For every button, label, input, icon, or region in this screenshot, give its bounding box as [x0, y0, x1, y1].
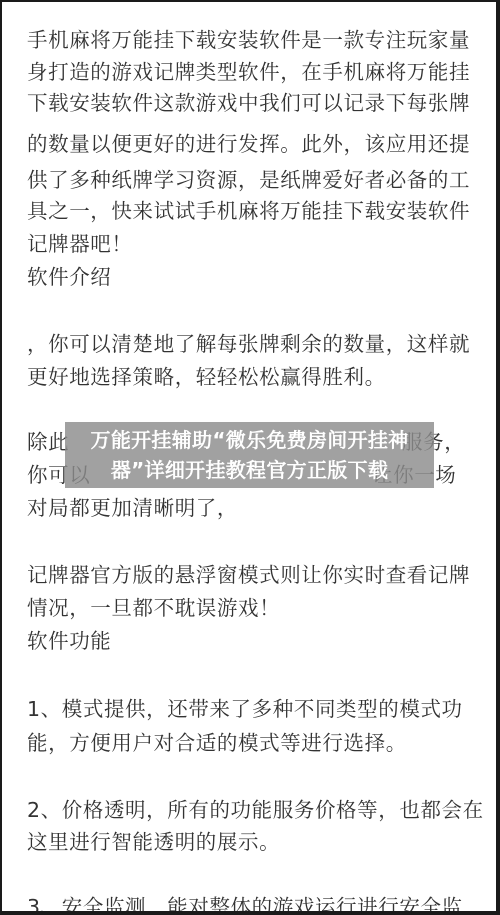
intro-line: 身打造的游戏记牌类型软件，在手机麻将万能挂	[27, 60, 470, 84]
intro-line: 具之一，快来试试手机麻将万能挂下载安装软件	[27, 199, 470, 223]
paragraph-line: 对局都更加清晰明了，	[27, 496, 238, 520]
feature-item-line: 能，方便用户对合适的模式等进行选择。	[27, 731, 407, 755]
document-frame: 手机麻将万能挂下载安装软件是一款专注玩家量 身打造的游戏记牌类型软件，在手机麻将…	[2, 2, 496, 911]
intro-line: 记牌器吧！	[27, 232, 133, 256]
paragraph-line: 记牌器官方版的悬浮窗模式则让你实时查看记牌	[27, 563, 470, 587]
overlay-title-banner: 万能开挂辅助“微乐免费房间开挂神 器”详细开挂教程官方正版下载	[65, 422, 434, 488]
paragraph-line: 情况，一旦都不耽误游戏！	[27, 596, 280, 620]
feature-item-line: 1、模式提供，还带来了多种不同类型的模式功	[27, 697, 463, 721]
feature-item-line: 2、价格透明，所有的功能服务价格等，也都会在	[27, 798, 484, 822]
overlay-title-line: 万能开挂辅助“微乐免费房间开挂神	[91, 425, 409, 455]
feature-item-line: 这里进行智能透明的展示。	[27, 830, 280, 854]
paragraph-line-fragment: 除此	[27, 430, 69, 454]
overlay-title-line: 器”详细开挂教程官方正版下载	[111, 455, 388, 485]
section-heading-intro: 软件介绍	[27, 265, 111, 289]
paragraph-line: ，你可以清楚地了解每张牌剩余的数量，这样就	[27, 332, 470, 356]
paragraph-line: 更好地选择策略，轻轻松松赢得胜利。	[27, 365, 386, 389]
intro-line: 下载安装软件这款游戏中我们可以记录下每张牌	[27, 91, 470, 115]
intro-line: 的数量以便更好的进行发挥。此外，该应用还提	[27, 132, 470, 156]
intro-line: 手机麻将万能挂下载安装软件是一款专注玩家量	[27, 28, 470, 52]
feature-item-line: 3、安全监测，能对整体的游戏运行进行安全监	[27, 895, 463, 911]
intro-line: 供了多种纸牌学习资源，是纸牌爱好者必备的工	[27, 168, 470, 192]
section-heading-features: 软件功能	[27, 629, 111, 653]
